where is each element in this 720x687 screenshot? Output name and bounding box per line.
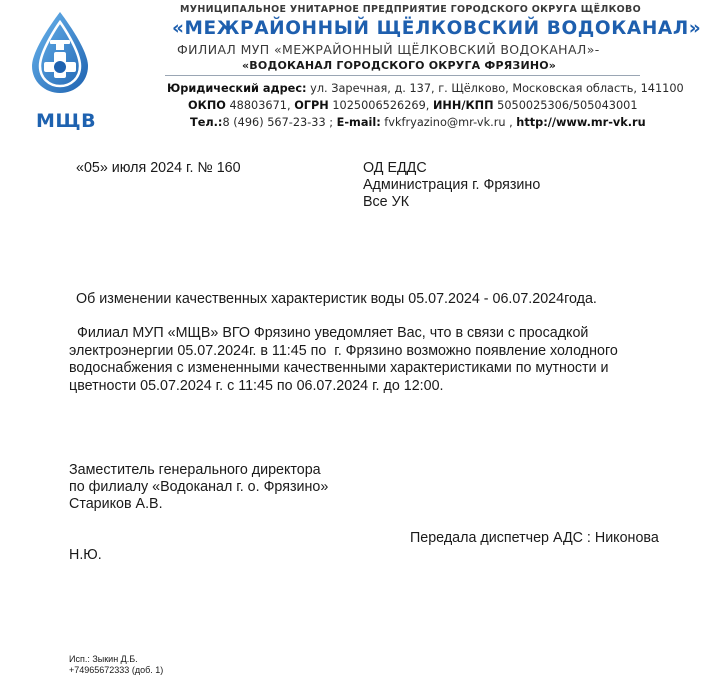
phone: 8 (496) 567-23-33 ;: [222, 116, 336, 129]
body-line: цветности 05.07.2024 г. с 11:45 по 06.07…: [69, 378, 444, 394]
org-type: МУНИЦИПАЛЬНОЕ УНИТАРНОЕ ПРЕДПРИЯТИЕ ГОРО…: [180, 4, 641, 15]
body-line: Филиал МУП «МЩВ» ВГО Фрязино уведомляет …: [69, 325, 588, 341]
legal-address: Юридический адрес: ул. Заречная, д. 137,…: [167, 82, 684, 95]
org-name: «МЕЖРАЙОННЫЙ ЩЁЛКОВСКИЙ ВОДОКАНАЛ»: [172, 18, 701, 39]
signatory-branch: по филиалу «Водоканал г. о. Фрязино»: [69, 479, 328, 495]
signatory-title: Заместитель генерального директора: [69, 462, 321, 478]
water-drop-valve-icon: [26, 10, 94, 94]
executor: Исп.: Зыкин Д.Б.: [69, 654, 138, 664]
registration-codes: ОКПО 48803671, ОГРН 1025006526269, ИНН/К…: [188, 99, 638, 112]
letter-subject: Об изменении качественных характеристик …: [76, 291, 597, 307]
signatory-name: Стариков А.В.: [69, 496, 163, 512]
recipient: Все УК: [363, 194, 409, 210]
branch-line-1: ФИЛИАЛ МУП «МЕЖРАЙОННЫЙ ЩЁЛКОВСКИЙ ВОДОК…: [177, 42, 600, 57]
dispatcher-line: Передала диспетчер АДС : Никонова: [410, 530, 659, 546]
logo-abbreviation: МЩВ: [36, 110, 96, 132]
recipient: ОД ЕДДС: [363, 160, 427, 176]
header-divider: [165, 75, 640, 76]
branch-line-2: «ВОДОКАНАЛ ГОРОДСКОГО ОКРУГА ФРЯЗИНО»: [242, 59, 556, 72]
body-line: водоснабжения с измененными качественным…: [69, 360, 609, 376]
executor-phone: +74965672333 (доб. 1): [69, 665, 163, 675]
recipient: Администрация г. Фрязино: [363, 177, 540, 193]
email-link[interactable]: fvkfryazino@mr-vk.ru ,: [381, 116, 517, 129]
website-link[interactable]: http://www.mr-vk.ru: [516, 116, 645, 129]
dispatcher-initials: Н.Ю.: [69, 547, 102, 563]
body-line: электроэнергии 05.07.2024г. в 11:45 по г…: [69, 343, 618, 359]
letter-date-number: «05» июля 2024 г. № 160: [76, 160, 241, 176]
contacts: Тел.:8 (496) 567-23-33 ; E-mail: fvkfrya…: [190, 116, 646, 129]
